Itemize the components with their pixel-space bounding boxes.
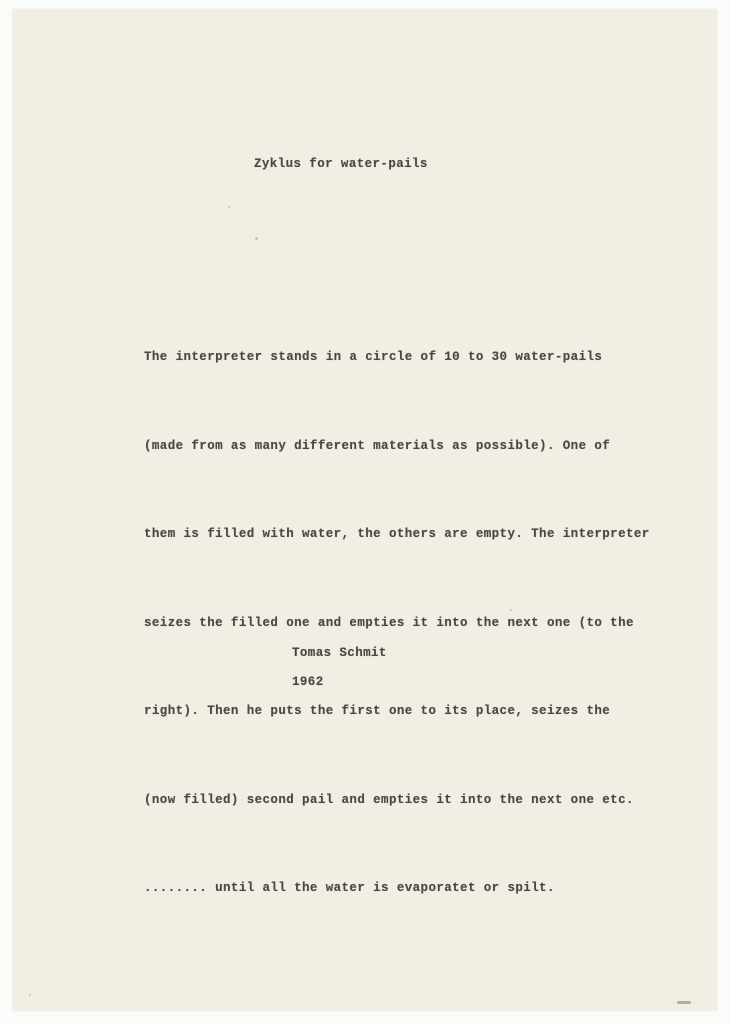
paper-speck xyxy=(29,994,31,996)
body-line: (now filled) second pail and empties it … xyxy=(144,786,650,816)
body-line: The interpreter stands in a circle of 10… xyxy=(144,343,650,373)
body-line: seizes the filled one and empties it int… xyxy=(144,609,650,639)
body-line: ........ until all the water is evaporat… xyxy=(144,874,650,904)
body-line: them is filled with water, the others ar… xyxy=(144,520,650,550)
author-name: Tomas Schmit xyxy=(292,646,387,660)
paper-speck xyxy=(255,237,258,240)
body-line: (made from as many different materials a… xyxy=(144,432,650,462)
score-instructions: The interpreter stands in a circle of 10… xyxy=(144,284,650,963)
body-line: right). Then he puts the first one to it… xyxy=(144,697,650,727)
document-title: Zyklus for water-pails xyxy=(254,157,428,171)
paper-speck xyxy=(510,609,512,611)
paper-mark xyxy=(677,1001,691,1004)
typewritten-page: Zyklus for water-pails The interpreter s… xyxy=(13,9,717,1010)
document-year: 1962 xyxy=(292,675,324,689)
paper-speck xyxy=(228,206,230,208)
